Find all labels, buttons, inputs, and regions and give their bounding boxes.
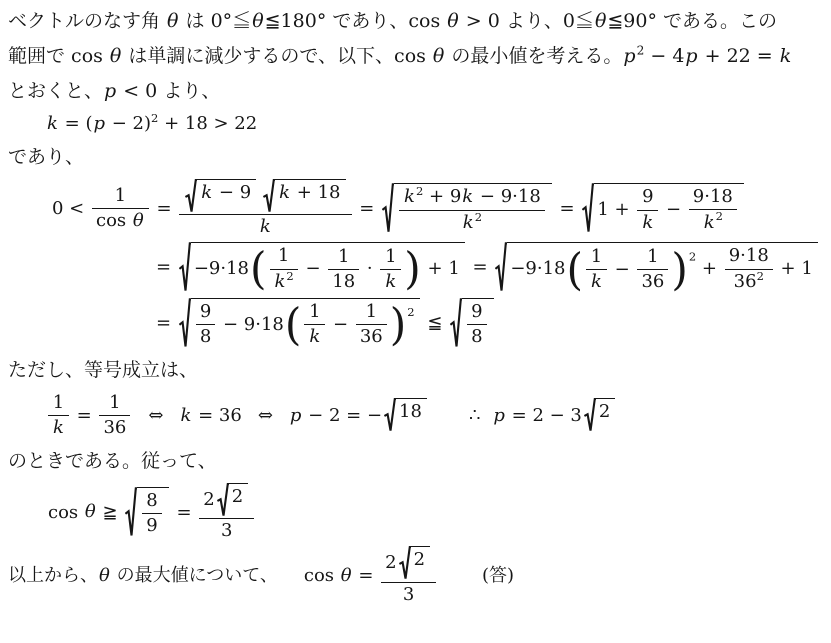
numerator: 1 [586,246,607,270]
math-roman: ∴ [469,405,480,426]
math-variable: k [403,186,416,207]
math-roman: ≦90° [607,10,657,32]
denominator: 3 [199,518,254,543]
math-variable: k [179,405,192,426]
conclusion-line: 以上から、θ の最大値について、cos θ = 223(答) [8,546,823,606]
numerator: 1 [92,185,149,209]
text-run: であり、 [8,146,84,168]
math-variable: k [461,186,474,207]
math-roman: 9 [471,301,482,322]
square-root: k2 + 9k − 9·18k2 [382,183,552,234]
math-roman: 18 [399,401,422,422]
numerator: k2 + 9k − 9·18 [399,186,545,210]
math-roman: = [156,312,177,333]
math-roman: 1 [278,245,289,266]
square-root: 1 + 9k − 9·18k2 [582,183,744,234]
fraction: 98 [194,301,217,349]
para-line-3: とおくと、p < 0 より、 [8,74,823,109]
math-variable: k [259,216,272,237]
math-roman: + 1 [775,259,813,280]
math-roman: + [696,259,723,280]
radicand: −9·18(1k − 136)2 + 9·18362 + 1 [507,242,817,293]
math-roman: − 2 = − [302,405,382,426]
math-roman: 2 [203,489,214,510]
math-roman: 1 [338,246,349,267]
math-variable: k [641,212,654,233]
para-line-6: のときである。従って、 [8,444,823,479]
numerator: 9·18 [725,245,773,269]
denominator: k [48,415,69,440]
text-run: とおくと、 [8,80,103,102]
radicand: k − 9 [197,179,256,213]
paren-group: (1k − 136) [285,301,406,349]
math-variable: k [384,271,397,292]
superscript: 2 [475,210,482,224]
math-roman: 8 [200,326,211,347]
equation-k-definition: k = (p − 2)2 + 18 > 22 [8,113,823,136]
fraction: 136 [635,246,670,294]
square-root: k + 18 [263,179,345,213]
superscript: 2 [286,269,293,283]
math-roman: 8 [146,490,157,511]
math-roman: 9·18 [729,245,769,266]
radical-sign-icon [450,298,462,349]
fraction: 118 [326,246,361,294]
math-roman: 1 [647,246,658,267]
denominator: k [179,214,351,239]
math-roman: 1 + [597,199,635,220]
math-roman: + 9 [423,186,461,207]
numerator: 1 [304,301,325,325]
radicand: 2 [229,483,248,517]
paren-group: (1k2 − 118 · 1k) [250,245,421,293]
math-roman: = [71,405,98,426]
numerator: 9 [467,301,486,325]
numerator: 9 [196,301,215,325]
math-roman: ≦ [422,312,449,333]
math-roman: cos [96,210,132,231]
math-variable: k [52,417,65,438]
text-run: である。この [657,10,777,32]
numerator: 1 [270,245,298,269]
fraction: 136 [97,392,132,440]
superscript: 2 [716,209,723,223]
radicand: 2 [411,546,430,580]
radical-sign-icon [584,398,596,432]
math-variable: k [462,212,475,233]
numerator: 22 [199,483,254,518]
math-roman: − [609,259,636,280]
radical-sign-icon [495,242,507,293]
math-roman: 2 [232,486,243,507]
math-roman: 0°≦ [211,10,252,32]
math-roman: − 4 [644,45,684,67]
square-root: −9·18(1k − 136)2 + 9·18362 + 1 [495,242,817,293]
fraction: 1k [584,246,609,294]
denominator: k2 [270,269,298,294]
fraction: 1k [46,392,71,440]
math-roman: cos [304,565,340,586]
math-roman: 2 [385,552,396,573]
radical-sign-icon [125,487,137,538]
math-roman: 9·18 [693,186,733,207]
math-roman: = [467,257,494,278]
math-roman: 0≦ [563,10,594,32]
text-run: のときである。従って、 [8,450,217,472]
math-roman: 36 [103,417,126,438]
numerator: 1 [380,246,401,270]
radical-sign-icon [179,298,191,349]
fraction: 223 [197,483,256,543]
math-roman: − [660,199,687,220]
radicand: 2 [596,398,615,432]
square-root: 2 [584,398,615,432]
math-variable: θ [132,210,145,231]
numerator: 1 [637,246,668,270]
radical-sign-icon [582,183,594,234]
denominator: 18 [328,269,359,294]
text-run: (答) [482,565,514,586]
math-roman: ≧ [97,501,124,522]
paren-content: 1k − 136 [301,301,389,349]
numerator: 1 [48,392,69,416]
square-root: 98 [450,298,493,349]
math-roman: 2 [599,401,610,422]
radicand: 18 [396,398,427,432]
text-run: より、 [157,80,220,102]
square-root: −9·18(1k2 − 118 · 1k) + 1 [179,242,465,293]
fraction: 9·18362 [723,245,775,293]
numerator: 1 [99,392,130,416]
square-root: 18 [384,398,427,432]
square-root: 98 − 9·18(1k − 136)2 [179,298,420,349]
radicand: k + 18 [275,179,345,213]
math-roman: − 9 [213,182,251,203]
equation-chain-line-2: = −9·18(1k2 − 118 · 1k) + 1 = −9·18(1k −… [8,242,823,293]
denominator: 36 [637,269,668,294]
math-roman: 1 [309,301,320,322]
math-roman: 8 [471,326,482,347]
math-variable: k [278,182,291,203]
math-roman: = [151,198,178,219]
radicand: 98 − 9·18(1k − 136)2 [191,298,420,349]
math-variable: p [492,405,506,426]
square-root: 89 [125,487,168,538]
fraction: k − 9k + 18k [177,179,353,239]
denominator: 36 [356,324,387,349]
math-roman: 9 [642,186,653,207]
denominator: k [586,269,607,294]
square-root: 2 [399,546,430,580]
math-roman: = [353,565,380,586]
math-roman: = [554,198,581,219]
math-roman: ⇔ [148,405,163,426]
math-variable: θ [166,10,179,32]
math-variable: k [308,326,321,347]
para-line-1: ベクトルのなす角 θ は 0°≦θ≦180° であり、cos θ > 0 より、… [8,4,823,39]
radical-sign-icon [384,398,396,432]
square-root: 2 [217,483,248,517]
math-roman: cos [394,45,432,67]
math-roman: − 9·18 [474,186,541,207]
denominator: k2 [399,210,545,235]
denominator: 362 [725,269,773,294]
math-roman: = 2 − 3 [506,405,582,426]
text-run: の最大値について、 [111,565,278,586]
equation-chain-line-1: 0 < 1cos θ = k − 9k + 18k = k2 + 9k − 9·… [8,179,823,239]
text-run: ただし、等号成立は、 [8,359,198,381]
fraction: 136 [354,301,389,349]
math-roman: 3 [403,584,414,605]
fraction: 1k [302,301,327,349]
denominator: 36 [99,415,130,440]
math-roman: 0 < [52,198,90,219]
radicand: 98 [462,298,493,349]
radicand: 1 + 9k − 9·18k2 [594,183,744,234]
math-roman: > 0 [460,10,500,32]
text-run: より、 [500,10,563,32]
denominator: k [380,269,401,294]
math-variable: k [779,45,793,67]
numerator: k − 9k + 18 [179,179,351,214]
radical-sign-icon [185,179,197,213]
math-roman: 36 [641,271,664,292]
radicand: 89 [137,487,168,538]
fraction: 1cos θ [90,185,151,233]
denominator: 8 [196,324,215,349]
numerator: 1 [356,301,387,325]
math-variable: p [103,80,117,102]
paren-content: 1k − 136 [583,246,671,294]
fraction: k2 + 9k − 9·18k2 [397,186,547,234]
text-run: は [180,10,211,32]
math-roman: cos [48,501,84,522]
math-roman: − [300,259,327,280]
text-run: は単調に減少するので、以下、 [122,45,394,67]
math-roman: 9 [146,515,157,536]
para-line-4: であり、 [8,140,823,175]
math-roman: 36 [734,271,757,292]
fraction: 89 [140,490,163,538]
radical-sign-icon [399,546,411,580]
math-roman: − 9·18 [217,314,284,335]
fraction: 1k2 [268,245,300,293]
text-run: 範囲で [8,45,71,67]
math-roman: 1 [115,185,126,206]
math-roman: ⇔ [258,405,273,426]
numerator: 1 [328,246,359,270]
math-roman: 18 [332,271,355,292]
radicand: −9·18(1k2 − 118 · 1k) + 1 [191,242,465,293]
math-roman: = [171,501,198,522]
math-variable: p [622,45,636,67]
math-roman: cos [408,10,446,32]
radical-sign-icon [382,183,394,234]
denominator: k2 [689,209,737,234]
math-roman: = [354,198,381,219]
fraction: 9k [635,186,660,234]
math-roman: + 1 [422,259,460,280]
denominator: 9 [142,513,161,538]
math-variable: θ [98,565,111,586]
math-roman: + 18 [291,182,340,203]
radical-sign-icon [179,242,191,293]
math-roman: −9·18 [194,259,249,280]
fraction: 98 [465,301,488,349]
math-roman: 36 [360,326,383,347]
math-roman: 3 [221,520,232,541]
math-roman: −9·18 [510,259,565,280]
denominator: k [637,210,658,235]
math-roman: + 18 > 22 [158,113,257,134]
denominator: 8 [467,324,486,349]
math-variable: p [289,405,303,426]
numerator: 8 [142,490,161,514]
math-roman: 9 [200,301,211,322]
math-roman: = [156,257,177,278]
math-variable: θ [594,10,607,32]
math-roman: − 2) [106,113,151,134]
math-roman: cos [71,45,109,67]
text-run: ベクトルのなす角 [8,10,166,32]
math-variable: k [703,212,716,233]
math-roman: 1 [109,392,120,413]
math-roman: = 36 [192,405,241,426]
denominator: k [304,324,325,349]
math-variable: θ [109,45,122,67]
math-roman: 1 [53,392,64,413]
paren-content: 1k2 − 118 · 1k [267,245,405,293]
math-roman: + 22 = [699,45,779,67]
math-variable: p [92,113,106,134]
numerator: 22 [381,546,436,581]
math-roman: 2 [414,549,425,570]
math-roman: < 0 [117,80,157,102]
fraction: 223 [379,546,438,606]
math-variable: θ [340,565,353,586]
text-run: 以上から、 [8,565,98,586]
radical-sign-icon [217,483,229,517]
math-roman: · [361,259,378,280]
math-roman: 1 [591,246,602,267]
square-root: k − 9 [185,179,256,213]
radicand: k2 + 9k − 9·18k2 [394,183,552,234]
paren-group: (1k − 136) [566,246,687,294]
text-run: の最小値を考える。 [445,45,622,67]
math-roman: = ( [59,113,93,134]
math-variable: θ [446,10,459,32]
fraction: 1k [378,246,403,294]
math-variable: θ [84,501,97,522]
math-variable: p [684,45,698,67]
math-roman: 1 [385,246,396,267]
radical-sign-icon [263,179,275,213]
math-variable: θ [432,45,445,67]
math-variable: k [200,182,213,203]
math-variable: k [274,271,287,292]
math-roman: ≦180° [265,10,327,32]
para-line-2: 範囲で cos θ は単調に減少するので、以下、cos θ の最小値を考える。p… [8,39,823,74]
fraction: 9·18k2 [687,186,739,234]
equality-condition-line: 1k = 136⇔k = 36⇔p − 2 = −18∴p = 2 − 32 [8,392,823,440]
superscript: 2 [757,269,764,283]
math-solution-document: ベクトルのなす角 θ は 0°≦θ≦180° であり、cos θ > 0 より、… [0,0,831,606]
superscript: 2 [407,305,414,319]
denominator: cos θ [92,208,149,233]
para-line-5: ただし、等号成立は、 [8,353,823,388]
numerator: 9 [637,186,658,210]
math-variable: k [46,113,59,134]
math-roman: − [327,314,354,335]
equation-chain-line-3: = 98 − 9·18(1k − 136)2 ≦ 98 [8,298,823,349]
math-variable: θ [251,10,264,32]
text-run: であり、 [326,10,408,32]
math-roman: 1 [366,301,377,322]
numerator: 9·18 [689,186,737,210]
denominator: 3 [381,582,436,607]
cos-theta-bound-line: cos θ ≧ 89 = 223 [8,483,823,543]
math-variable: k [590,271,603,292]
